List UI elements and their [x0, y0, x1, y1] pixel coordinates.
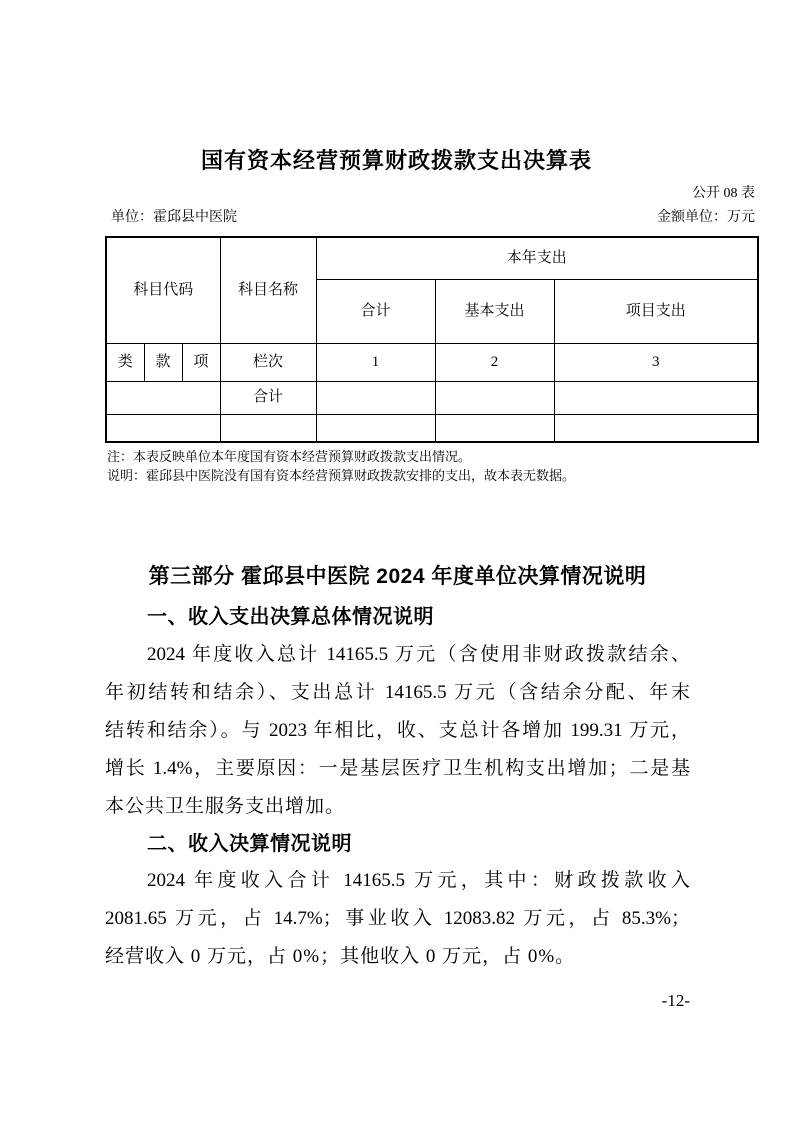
cell-code — [106, 414, 220, 442]
table-column-index-row: 类 款 项 栏次 1 2 3 — [106, 343, 758, 381]
cell-name — [220, 414, 316, 442]
table-notes: 注：本表反映单位本年度国有资本经营预算财政拨款支出情况。 说明：霍邱县中医院没有… — [107, 447, 575, 485]
paragraph-line: 2024 年度收入合计 14165.5 万元，其中：财政拨款收入 — [105, 862, 690, 900]
col-header-total: 合计 — [316, 279, 435, 343]
table-header-row-1: 科目代码 科目名称 本年支出 — [106, 237, 758, 279]
paragraph-line: 增长 1.4%，主要原因：一是基层医疗卫生机构支出增加；二是基 — [105, 750, 690, 788]
cell-name: 合计 — [220, 381, 316, 414]
amount-unit-label: 金额单位：万元 — [657, 209, 755, 226]
document-title: 国有资本经营预算财政拨款支出决算表 — [0, 148, 793, 174]
note-line-2: 说明：霍邱县中医院没有国有资本经营预算财政拨款安排的支出，故本表无数据。 — [107, 466, 575, 485]
cell-total — [316, 414, 435, 442]
section-two-paragraph: 2024 年度收入合计 14165.5 万元，其中：财政拨款收入 2081.65… — [105, 862, 690, 976]
col-header-subject-code: 科目代码 — [106, 237, 220, 343]
col-header-subject-name: 科目名称 — [220, 237, 316, 343]
col-header-sub-item: 项 — [182, 343, 220, 381]
col-index-1: 1 — [316, 343, 435, 381]
col-header-column-label: 栏次 — [220, 343, 316, 381]
col-header-category: 类 — [106, 343, 144, 381]
document-page: 国有资本经营预算财政拨款支出决算表 公开 08 表 单位：霍邱县中医院 金额单位… — [0, 0, 793, 1122]
section-one-paragraph: 2024 年度收入总计 14165.5 万元（含使用非财政拨款结余、 年初结转和… — [105, 636, 690, 826]
table-row-total: 合计 — [106, 381, 758, 414]
col-header-project-expenditure: 项目支出 — [554, 279, 758, 343]
table-meta-row: 单位：霍邱县中医院 金额单位：万元 — [111, 209, 755, 226]
paragraph-line: 年初结转和结余）、支出总计 14165.5 万元（含结余分配、年末 — [105, 674, 690, 712]
paragraph-line: 2024 年度收入总计 14165.5 万元（含使用非财政拨款结余、 — [105, 636, 690, 674]
col-index-3: 3 — [554, 343, 758, 381]
cell-project — [554, 381, 758, 414]
col-header-item: 款 — [144, 343, 182, 381]
cell-code — [106, 381, 220, 414]
public-table-number: 公开 08 表 — [692, 185, 755, 202]
col-header-current-year-expenditure: 本年支出 — [316, 237, 758, 279]
cell-basic — [435, 414, 554, 442]
paragraph-line: 经营收入 0 万元，占 0%；其他收入 0 万元，占 0%。 — [105, 938, 690, 976]
page-number: -12- — [105, 991, 690, 1011]
cell-total — [316, 381, 435, 414]
paragraph-line: 2081.65 万元，占 14.7%；事业收入 12083.82 万元，占 85… — [105, 900, 690, 938]
table-row-empty — [106, 414, 758, 442]
part-three-heading: 第三部分 霍邱县中医院 2024 年度单位决算情况说明 — [105, 563, 690, 590]
col-header-basic-expenditure: 基本支出 — [435, 279, 554, 343]
section-one-heading: 一、收入支出决算总体情况说明 — [147, 604, 434, 630]
col-index-2: 2 — [435, 343, 554, 381]
note-line-1: 注：本表反映单位本年度国有资本经营预算财政拨款支出情况。 — [107, 447, 575, 466]
unit-label: 单位：霍邱县中医院 — [111, 209, 237, 226]
expenditure-table: 科目代码 科目名称 本年支出 合计 基本支出 项目支出 类 款 项 栏次 1 2… — [105, 236, 759, 443]
cell-basic — [435, 381, 554, 414]
cell-project — [554, 414, 758, 442]
paragraph-line: 本公共卫生服务支出增加。 — [105, 788, 690, 826]
section-two-heading: 二、收入决算情况说明 — [147, 831, 352, 857]
paragraph-line: 结转和结余）。与 2023 年相比，收、支总计各增加 199.31 万元， — [105, 712, 690, 750]
